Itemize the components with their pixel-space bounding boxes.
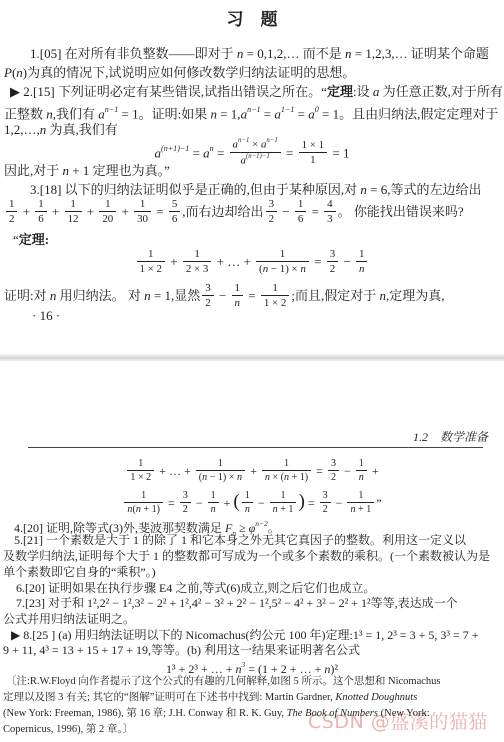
csdn-watermark: CSDN @盛溪的猫猫 bbox=[308, 707, 488, 734]
footnote-line-4: Copernicus, 1996), 第 2 章。〕 bbox=[3, 722, 133, 737]
exercise-1-line-2: P(n)为真的情况下,试说明应如何修改数学归纳法证明的思想。 bbox=[4, 63, 355, 82]
exercise-5-line-3: 单个素数即它自身的“乘积”。) bbox=[3, 565, 156, 580]
exercise-3-line-2: 12 + 16 + 112 + 120 + 130 = 56,而右边却给出32 … bbox=[4, 196, 464, 228]
exercise-5-line-2: 及数学归纳法,证明每个大于 1 的整数都可写成为一个或多个素数的乘积。(一个素数… bbox=[3, 549, 490, 564]
exercise-7-line-1: 7.[23] 对于和 1²,2² − 1²,3² − 2² + 1²,4² − … bbox=[16, 596, 458, 611]
scanned-textbook-page: 习 题 1.[05] 在对所有非负整数——即对于 n = 0,1,2,… 而不是… bbox=[0, 0, 504, 742]
exercise-6-line: 6.[20] 证明如果在执行步骤 E4 之前,等式(6)成立,则之后它们也成立。 bbox=[16, 581, 375, 596]
page-number: · 16 · bbox=[32, 306, 60, 325]
proof-line: 证明:对 n 用归纳法。 对 n = 1,显然32 − 1n = 11 × 2;… bbox=[4, 280, 444, 312]
display-equation-induction-1: 11 × 2 + … + 1(n − 1) × n + 1n × (n + 1)… bbox=[0, 455, 504, 487]
header-rule bbox=[28, 447, 483, 448]
exercise-8-line-1: ▶ 8.[25 ] (a) 用归纳法证明以下的 Nicomachus(约公元 1… bbox=[11, 628, 478, 643]
exercise-5-line-1: 5.[21] 一个素数是大于 1 的除了 1 和它本身之外无其它真因子的整数。利… bbox=[14, 533, 466, 548]
display-equation-induction-2: 1n(n + 1) = 32 − 1n + (1n − 1n + 1) = 32… bbox=[0, 487, 504, 520]
footnote-line-1: 〔注:R.W.Floyd 向作者提示了这个公式的有趣的几何解释,如图 5 所示。… bbox=[6, 674, 440, 689]
exercises-title: 习 题 bbox=[0, 10, 504, 29]
exercise-1-line-1: 1.[05] 在对所有非负整数——即对于 n = 0,1,2,… 而不是 n =… bbox=[30, 44, 489, 63]
exercise-7-line-2: 公式并用归纳法证明之。 bbox=[3, 612, 135, 627]
display-equation-theorem: 11 × 2 + 12 × 3 + … + 1(n − 1) × n = 32 … bbox=[0, 246, 504, 278]
exercise-2-line-1: ▶ 2.[15] 下列证明必定有某些错误,试指出错误之所在。“定理:设 a 为任… bbox=[10, 82, 503, 101]
section-header: 1.2 数学准备 bbox=[413, 430, 488, 445]
page-separator bbox=[0, 354, 504, 361]
exercise-2-line-4: 因此,对于 n + 1 定理也为真。” bbox=[4, 161, 170, 180]
footnote-line-2: 定理以及图 3 有关; 其它的“图解”证明可在下述书中找到: Martin Ga… bbox=[3, 690, 417, 705]
exercise-8-line-2: 9 + 11, 4³ = 13 + 15 + 17 + 19,等等。(b) 利用… bbox=[3, 643, 360, 658]
